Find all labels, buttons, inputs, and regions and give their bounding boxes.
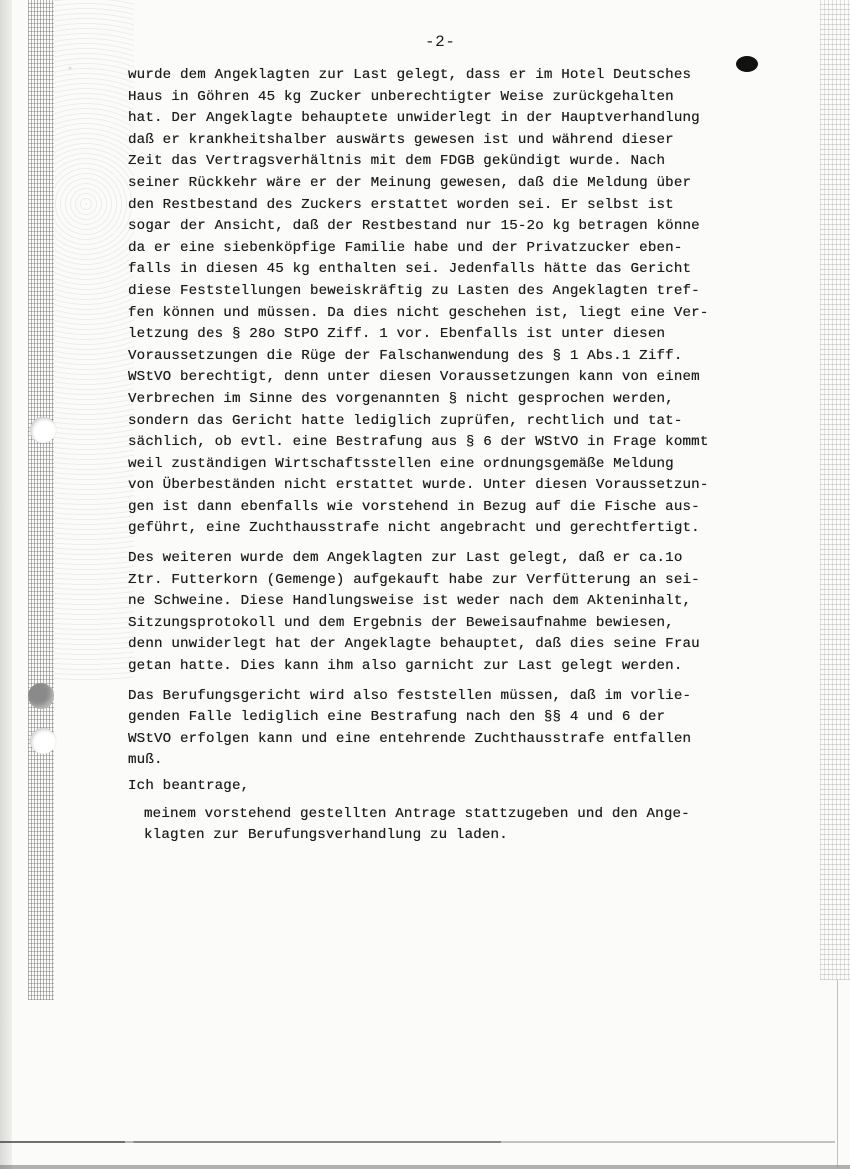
scan-margin-noise <box>28 0 54 1000</box>
scan-speckle <box>54 0 134 680</box>
text-line: geführt, eine Zuchthausstrafe nicht ange… <box>128 518 828 540</box>
text-line: sondern das Gericht hatte lediglich zupr… <box>128 411 828 433</box>
text-line: Des weiteren wurde dem Angeklagten zur L… <box>128 548 828 570</box>
text-line: seiner Rückkehr wäre er der Meinung gewe… <box>128 173 828 195</box>
text-line: letzung des § 28o StPO Ziff. 1 vor. Eben… <box>128 324 828 346</box>
closing-intro: Ich beantrage, <box>128 776 828 798</box>
text-line: daß er krankheitshalber auswärts gewesen… <box>128 130 828 152</box>
text-line: WStVO berechtigt, denn unter diesen Vora… <box>128 367 828 389</box>
text-line: Ztr. Futterkorn (Gemenge) aufgekauft hab… <box>128 570 828 592</box>
paragraph: Das Berufungsgericht wird also feststell… <box>128 686 828 772</box>
text-line: hat. Der Angeklagte behauptete unwiderle… <box>128 108 828 130</box>
scan-left-edge <box>0 0 12 1169</box>
punch-hole <box>30 728 56 754</box>
page-number: -2- <box>425 33 455 51</box>
text-line: WStVO erfolgen kann und eine entehrende … <box>128 729 828 751</box>
text-line: fen können und müssen. Da dies nicht ges… <box>128 303 828 325</box>
text-line: Haus in Göhren 45 kg Zucker unberechtigt… <box>128 87 828 109</box>
punch-hole <box>28 683 54 709</box>
text-line: genden Falle lediglich eine Bestrafung n… <box>128 707 828 729</box>
paragraph: wurde dem Angeklagten zur Last gelegt, d… <box>128 65 828 540</box>
punch-hole <box>30 417 56 443</box>
scan-bottom-edge <box>0 1165 850 1169</box>
body-text: wurde dem Angeklagten zur Last gelegt, d… <box>128 65 828 847</box>
paragraph: Des weiteren wurde dem Angeklagten zur L… <box>128 548 828 678</box>
text-line: diese Feststellungen beweiskräftig zu La… <box>128 281 828 303</box>
text-line: sogar der Ansicht, daß der Restbestand n… <box>128 216 828 238</box>
text-line: Verbrechen im Sinne des vorgenannten § n… <box>128 389 828 411</box>
text-line: muß. <box>128 750 828 772</box>
scan-bottom-line <box>0 1141 835 1143</box>
request-line: klagten zur Berufungsverhandlung zu lade… <box>128 825 828 847</box>
request-line: meinem vorstehend gestellten Antrage sta… <box>128 804 828 826</box>
text-line: Zeit das Vertragsverhältnis mit dem FDGB… <box>128 151 828 173</box>
text-line: weil zuständigen Wirtschaftsstellen eine… <box>128 454 828 476</box>
text-line: ne Schweine. Diese Handlungsweise ist we… <box>128 591 828 613</box>
text-line: Das Berufungsgericht wird also feststell… <box>128 686 828 708</box>
text-line: sächlich, ob evtl. eine Bestrafung aus §… <box>128 432 828 454</box>
text-line: da er eine siebenköpfige Familie habe un… <box>128 238 828 260</box>
text-line: gen ist dann ebenfalls wie vorstehend in… <box>128 497 828 519</box>
text-line: Sitzungsprotokoll und dem Ergebnis der B… <box>128 613 828 635</box>
text-line: den Restbestand des Zuckers erstattet wo… <box>128 195 828 217</box>
text-line: denn unwiderlegt hat der Angeklagte beha… <box>128 634 828 656</box>
document-page: -2- wurde dem Angeklagten zur Last geleg… <box>0 0 850 1169</box>
text-line: Voraussetzungen die Rüge der Falschanwen… <box>128 346 828 368</box>
text-line: falls in diesen 45 kg enthalten sei. Jed… <box>128 259 828 281</box>
text-line: getan hatte. Dies kann ihm also garnicht… <box>128 656 828 678</box>
closing-request: Ich beantrage, meinem vorstehend gestell… <box>128 776 828 847</box>
text-line: wurde dem Angeklagten zur Last gelegt, d… <box>128 65 828 87</box>
text-line: von Überbeständen nicht erstattet wurde.… <box>128 475 828 497</box>
scan-right-border <box>837 980 838 1169</box>
